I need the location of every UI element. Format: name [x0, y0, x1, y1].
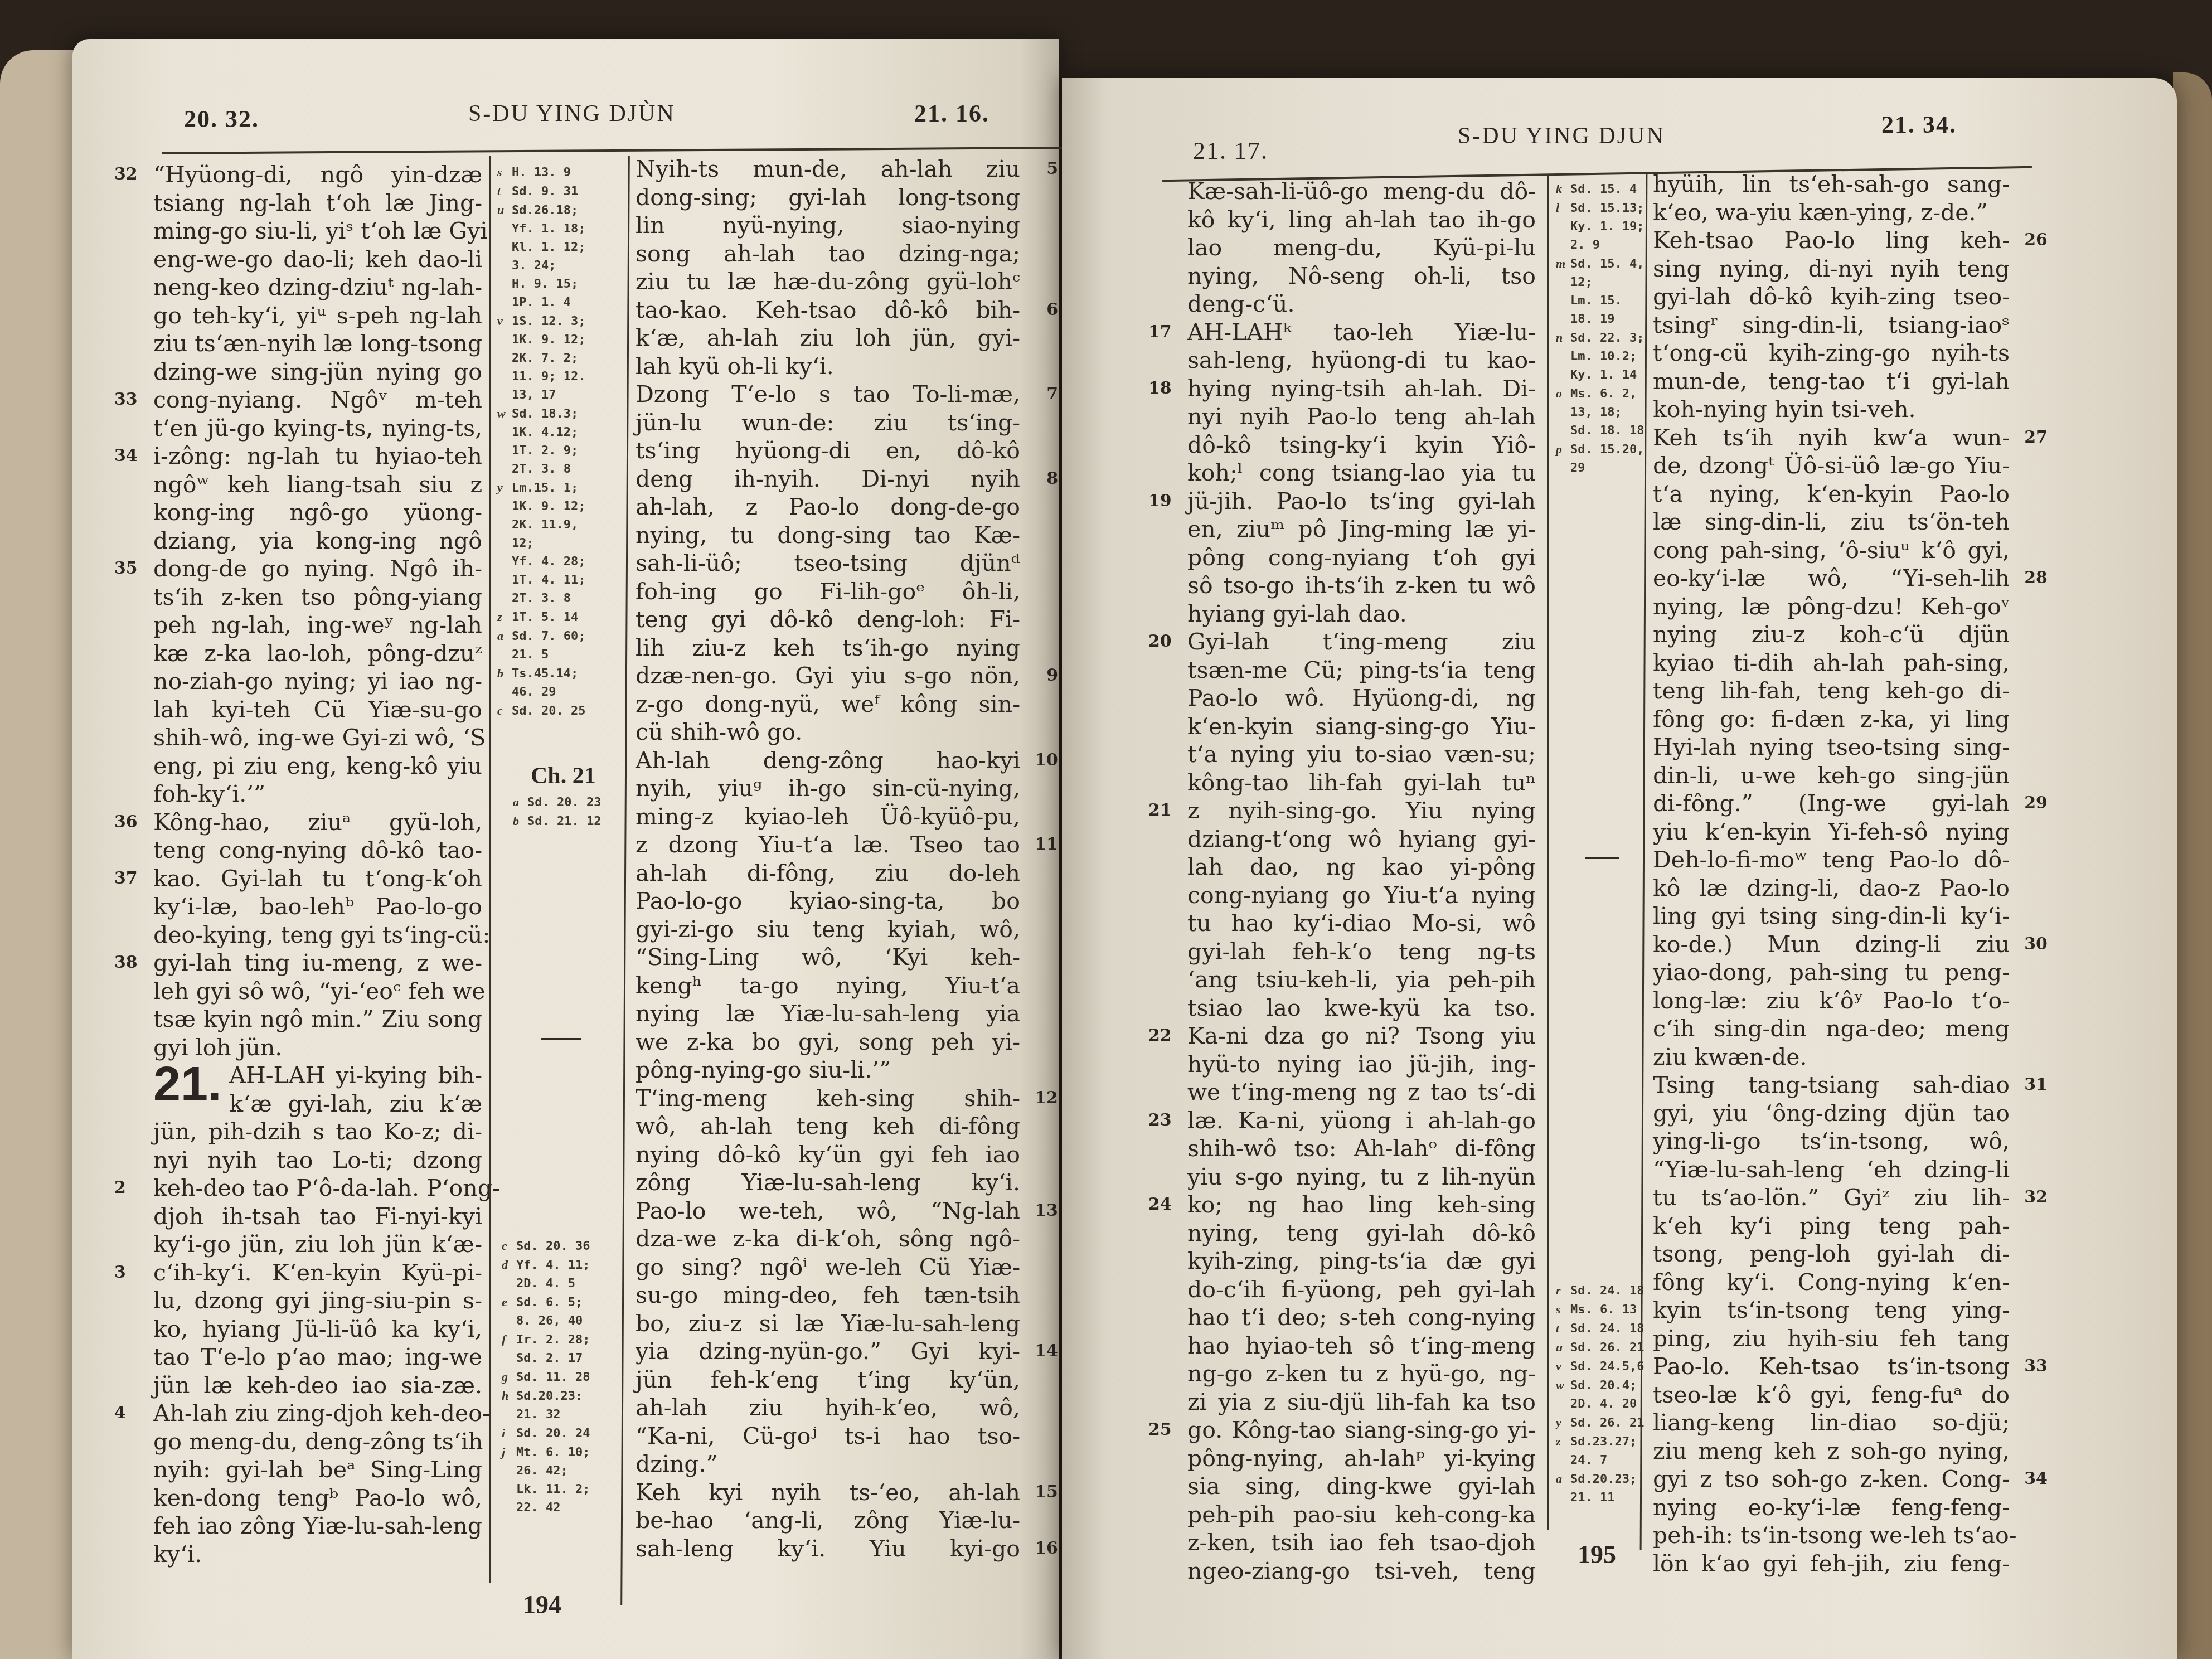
- cross-reference: 12;: [497, 534, 609, 552]
- cross-reference: 1T. 4. 11;: [497, 571, 609, 589]
- text-line: tsæn-me Cü; ping-ts‘ia teng: [1187, 656, 1536, 685]
- text-line: long-læ: ziu k‘ôʸ Pao-lo t‘o-: [1653, 987, 2010, 1015]
- right-text-column: Nyih-ts mun-de, ah-lah ziu5dong-sing; gy…: [636, 155, 1020, 1563]
- chapter-label: Ch. 21: [531, 763, 596, 789]
- cross-reference: Lk. 11. 2;: [502, 1480, 613, 1498]
- text-line: hao t‘i deo; s-teh cong-nying: [1187, 1303, 1536, 1332]
- verse-number: 15: [1035, 1478, 1058, 1507]
- line-text: kyih-zing, ping-ts‘ia dæ gyi: [1187, 1248, 1536, 1274]
- line-text: dong-de go nying. Ngô ih-: [153, 555, 482, 582]
- line-text: dô-kô tsing-ky‘i kyin Yiô-: [1187, 431, 1536, 458]
- reference-text: Sd. 21. 12: [527, 814, 601, 828]
- line-text: en, ziuᵐ pô Jing-ming læ yi-: [1187, 516, 1536, 542]
- cross-reference: Yf. 1. 18;: [497, 220, 609, 238]
- cross-reference: 24. 7: [1556, 1451, 1651, 1469]
- cross-reference: nSd. 22. 3;: [1556, 328, 1651, 347]
- line-text: yiu s-go nying, tu z lih-nyün: [1187, 1163, 1536, 1190]
- cross-reference: 26. 42;: [502, 1462, 613, 1480]
- text-line: go. Kông-tao siang-sing-go yi-25: [1187, 1416, 1536, 1444]
- reference-text: Ms. 6. 2,: [1570, 387, 1637, 401]
- line-text: ‘ang tsiu-keh-li, yia peh-pih: [1187, 966, 1536, 993]
- line-text: eng, pi ziu eng, keng-kô yiu: [153, 753, 482, 779]
- verse-number: 35: [114, 555, 138, 583]
- reference-text: Yf. 4. 28;: [512, 555, 585, 569]
- line-text: z dzong Yiu-t‘a læ. Tseo tao: [636, 831, 1020, 858]
- text-line: cong-nyiang go Yiu-t‘a nying: [1187, 881, 1536, 910]
- line-text: ng-go z-ken tu z hyü-go, ng-: [1187, 1360, 1536, 1387]
- text-line: lah kyü oh-li ky‘i.: [636, 352, 1020, 381]
- footnote-key: m: [1556, 254, 1570, 273]
- verse-number: 7: [1046, 380, 1058, 409]
- line-text: cong-nyiang go Yiu-t‘a nying: [1187, 882, 1536, 909]
- page-number: 195: [1578, 1540, 1616, 1569]
- line-text: ziu ts‘æn-nyih læ long-tsong: [153, 330, 482, 357]
- reference-text: Sd. 20.4;: [1570, 1379, 1637, 1393]
- footnote-key: v: [497, 312, 512, 330]
- verse-number: 19: [1148, 487, 1172, 516]
- text-line: teng gyi dô-kô deng-loh: Fi-: [636, 605, 1020, 634]
- column-divider: [620, 156, 630, 1605]
- reference-text: Sd. 15. 4,: [1570, 257, 1644, 271]
- line-text: lah dao, ng kao yi-pông: [1187, 853, 1536, 880]
- footnote-key: k: [1556, 180, 1570, 198]
- text-line: gyi z tso soh-go z-ken. Cong-34: [1653, 1465, 2010, 1493]
- line-text: z-ken, tsih iao feh tsao-djoh: [1187, 1529, 1536, 1556]
- reference-text: Sd. 11. 28: [516, 1370, 590, 1384]
- running-head-left-ref: 21. 17.: [1193, 137, 1268, 165]
- line-text: deng-c‘ü.: [1187, 290, 1294, 317]
- line-text: sô tso-go ih-ts‘ih z-ken tu wô: [1187, 572, 1536, 599]
- cross-references-top: kSd. 15. 4lSd. 15.13;Ky. 1. 19;2. 9mSd. …: [1556, 180, 1651, 477]
- line-text: teng lih-fah, teng keh-go di-: [1653, 677, 2010, 704]
- line-text: jü-jih. Pao-lo ts‘ing gyi-lah: [1187, 488, 1536, 515]
- text-line: z-go dong-nyü, weᶠ kông sin-: [636, 690, 1020, 719]
- line-text: nying, Nô-seng oh-li, tso: [1187, 263, 1536, 289]
- text-line: no-ziah-go nying; yi iao ng-: [153, 667, 482, 696]
- line-text: sing nying, di-nyi nyih teng: [1653, 255, 2010, 282]
- line-text: jün feh-k‘eng t‘ing ky‘ün,: [636, 1366, 1020, 1393]
- footnote-key: g: [502, 1367, 516, 1386]
- reference-text: 8. 26, 40: [516, 1314, 583, 1328]
- running-head-right-ref: 21. 16.: [914, 99, 989, 128]
- line-text: tseo-læ k‘ô gyi, feng-fuᵃ do: [1653, 1381, 2010, 1408]
- line-text: nying eo-ky‘i-læ feng-feng-: [1653, 1494, 2010, 1521]
- text-line: ko-de.) Mun dzing-li ziu30: [1653, 930, 2010, 959]
- line-text: ming-go siu-li, yiˢ t‘oh læ Gyi: [153, 217, 488, 244]
- line-text: “Yiæ-lu-sah-leng ‘eh dzing-li: [1653, 1156, 2010, 1183]
- chapter-verse-start: 21. 17.: [1193, 137, 1268, 164]
- reference-text: Sd. 15.13;: [1570, 201, 1644, 215]
- section-dash: [541, 1038, 581, 1040]
- cross-reference: eSd. 6. 5;: [502, 1293, 613, 1312]
- cross-reference: Sd. 18. 18: [1556, 421, 1651, 440]
- text-line: foh-ky‘i.’”: [153, 780, 482, 808]
- line-text: dza-we z-ka di-k‘oh, sông ngô-: [636, 1225, 1020, 1252]
- cross-reference: hSd.20.23:: [502, 1386, 613, 1405]
- column-divider: [489, 156, 491, 1583]
- line-text: gyi z tso soh-go z-ken. Cong-: [1653, 1466, 2010, 1492]
- cross-reference: 2D. 4. 20: [1556, 1395, 1651, 1413]
- reference-text: 1K. 9. 12;: [512, 499, 585, 513]
- text-line: liang-keng lin-diao so-djü;: [1653, 1409, 2010, 1437]
- reference-text: Sd. 2. 17: [516, 1351, 583, 1365]
- text-line: sah-leng, hyüong-di tu kao-: [1187, 346, 1536, 375]
- footnote-key: r: [1556, 1281, 1570, 1299]
- text-line: de, dzongᵗ Üô-si-üô læ-go Yiu-: [1653, 452, 2010, 480]
- line-text: lah kyi-teh Cü Yiæ-su-go: [153, 696, 482, 723]
- verse-number: 24: [1148, 1191, 1172, 1219]
- verse-number: 27: [2024, 424, 2048, 452]
- line-text: cü shih-wô go.: [636, 719, 802, 745]
- text-line: dziang, yia kong-ing ngô: [153, 527, 482, 555]
- line-text: gyi-lah ting iu-meng, z we-: [153, 949, 482, 976]
- footnote-key: l: [1556, 198, 1570, 217]
- book-cover-edge-left: [0, 50, 84, 1659]
- text-line: læ sing-din-li, ziu ts‘ön-teh: [1653, 508, 2010, 536]
- text-line: su-go ming-deo, feh tæn-tsih: [636, 1281, 1020, 1309]
- line-text: Kông-hao, ziuᵃ gyü-loh,: [153, 809, 482, 836]
- verse-number: 34: [114, 442, 138, 470]
- cross-reference: Sd. 2. 17: [502, 1349, 613, 1367]
- reference-text: Kl. 1. 12;: [512, 240, 585, 254]
- line-text: gyi-zi-go siu teng kyiah, wô,: [636, 916, 1020, 943]
- line-text: eo-ky‘i-læ wô, “Yi-seh-lih: [1653, 565, 2010, 591]
- text-line: tu ts‘ao-lön.” Gyiᶻ ziu lih-32: [1653, 1183, 2010, 1212]
- cross-reference: kSd. 15. 4: [1556, 180, 1651, 198]
- footnote-key: e: [502, 1293, 516, 1311]
- line-text: dzæ-nen-go. Gyi yiu s-go nön,: [636, 662, 1020, 689]
- cross-reference: mSd. 15. 4,: [1556, 254, 1651, 273]
- text-line: ying-li-go ts‘in-tsong, wô,: [1653, 1127, 2010, 1156]
- line-text: hying nying-tsih ah-lah. Di-: [1187, 375, 1536, 402]
- line-text: ngôʷ keh liang-tsah siu z: [153, 471, 482, 498]
- verse-number: 31: [2024, 1071, 2048, 1099]
- cross-reference: Ky. 1. 14: [1556, 366, 1651, 384]
- cross-reference: jMt. 6. 10;: [502, 1443, 613, 1462]
- text-line: gyi-lah feh-k‘o teng ng-ts: [1187, 938, 1536, 966]
- text-line: lu, dzong gyi jing-siu-pin s-: [153, 1287, 482, 1315]
- line-text: nying ziu-z koh-c‘ü djün: [1653, 621, 2010, 648]
- text-line: z dzong Yiu-t‘a læ. Tseo tao11: [636, 831, 1020, 859]
- line-text: tu hao ky‘i-diao Mo-si, wô: [1187, 910, 1536, 937]
- footnote-key: a: [497, 627, 512, 645]
- text-line: neng-keo dzing-dziuᵗ ng-lah-: [153, 273, 482, 302]
- text-line: ping, ziu hyih-siu feh tang: [1653, 1325, 2010, 1353]
- line-text: nying, tu dong-sing tao Kæ-: [636, 522, 1020, 549]
- line-text: Pao-lo. Keh-tsao ts‘in-tsong: [1653, 1353, 2010, 1380]
- text-line: c‘ih sing-din nga-deo; meng: [1653, 1015, 2010, 1043]
- footnote-key: t: [497, 182, 512, 200]
- text-line: tsiao lao kwe-kyü ka tso.: [1187, 994, 1536, 1022]
- line-text: sah-leng ky‘i. Yiu kyi-go: [636, 1535, 1020, 1562]
- cross-reference: cSd. 20. 25: [497, 701, 609, 720]
- text-line: Pao-lo-go kyiao-sing-ta, bo: [636, 887, 1020, 915]
- reference-text: 46. 29: [512, 685, 556, 699]
- reference-text: Sd. 9. 31: [512, 185, 578, 198]
- text-line: tao T‘e-lo p‘ao mao; ing-we: [153, 1343, 482, 1371]
- reference-text: 2D. 4. 5: [516, 1277, 575, 1291]
- section-dash: [1585, 857, 1619, 859]
- reference-text: Sd.23.27;: [1570, 1435, 1637, 1449]
- reference-text: 18. 19: [1570, 312, 1614, 326]
- text-line: Pao-lo we-teh, wô, “Ng-lah13: [636, 1197, 1020, 1225]
- text-line: Hyi-lah nying tseo-tsing sing-: [1653, 733, 2010, 761]
- verse-number: 32: [114, 161, 138, 189]
- cross-reference: wSd. 20.4;: [1556, 1376, 1651, 1395]
- line-text: dzing.”: [636, 1451, 718, 1477]
- line-text: kengʰ ta-go nying, Yiu-t‘a: [636, 972, 1020, 999]
- cross-reference: Yf. 4. 28;: [497, 552, 609, 571]
- footnote-key: j: [502, 1443, 516, 1461]
- line-text: tsæ kyin ngô min.” Ziu song: [153, 1006, 482, 1032]
- line-text: Kæ-sah-li-üô-go meng-du dô-: [1187, 178, 1536, 205]
- text-line: shih-wô, ing-we Gyi-zi wô, ‘S: [153, 724, 482, 752]
- reference-text: 21. 32: [516, 1408, 560, 1422]
- cross-reference: yLm.15. 1;: [497, 478, 609, 497]
- text-line: ah-lah di-fông, ziu do-leh: [636, 859, 1020, 887]
- line-text: Ah-lah ziu zing-djoh keh-deo-: [153, 1400, 490, 1427]
- text-line: dziang-t‘ong wô hyiang gyi-: [1187, 825, 1536, 853]
- line-text: dziang-t‘ong wô hyiang gyi-: [1187, 826, 1536, 852]
- reference-text: 24. 7: [1570, 1453, 1607, 1467]
- line-text: we t‘ing-meng ng z tao ts‘-di: [1187, 1079, 1536, 1105]
- cross-reference: 21. 11: [1556, 1488, 1651, 1507]
- running-head-left-ref: 20. 32.: [184, 105, 259, 133]
- footnote-key: o: [1556, 384, 1570, 402]
- line-text: ko-de.) Mun dzing-li ziu: [1653, 931, 2010, 958]
- cross-reference: v1S. 12. 3;: [497, 312, 609, 331]
- cross-reference: 1K. 9. 12;: [497, 497, 609, 516]
- reference-text: Lk. 11. 2;: [516, 1482, 590, 1496]
- line-text: feh iao zông Yiæ-lu-sah-leng: [153, 1512, 482, 1539]
- reference-text: Sd. 15. 4: [1570, 182, 1637, 196]
- text-line: dza-we z-ka di-k‘oh, sông ngô-: [636, 1225, 1020, 1253]
- line-text: sah-leng, hyüong-di tu kao-: [1187, 347, 1536, 373]
- footnote-key: a: [513, 793, 527, 811]
- footnote-key: c: [502, 1236, 516, 1255]
- line-text: go. Kông-tao siang-sing-go yi-: [1187, 1417, 1536, 1443]
- text-line: pông-nying, ah-lahᵖ yi-kying: [1187, 1444, 1536, 1473]
- reference-text: 13, 17: [512, 388, 556, 402]
- reference-text: 13, 18;: [1570, 405, 1622, 419]
- text-line: læ. Ka-ni, yüong i ah-lah-go23: [1187, 1107, 1536, 1135]
- line-text: fông go: fi-dæn z-ka, yi ling: [1653, 706, 2010, 733]
- reference-text: Yf. 1. 18;: [512, 222, 585, 236]
- text-line: “Sing-Ling wô, ‘Kyi keh-: [636, 943, 1020, 972]
- text-line: ko; ng hao ling keh-sing24: [1187, 1191, 1536, 1219]
- reference-text: 1T. 4. 11;: [512, 573, 585, 587]
- text-line: i-zông: ng-lah tu hyiao-teh34: [153, 442, 482, 470]
- text-line: z-ken, tsih iao feh tsao-djoh: [1187, 1529, 1536, 1557]
- verse-number: 18: [1148, 375, 1172, 403]
- line-text: tsiao lao kwe-kyü ka tso.: [1187, 995, 1536, 1021]
- line-text: peh-ih: ts‘in-tsong we-leh ts‘ao-: [1653, 1522, 2017, 1549]
- text-line: Ah-lah ziu zing-djoh keh-deo-4: [153, 1399, 482, 1428]
- line-text: kong-ing ngô-go yüong-: [153, 499, 482, 526]
- text-line: ming-go siu-li, yiˢ t‘oh læ Gyi: [153, 217, 482, 245]
- cross-reference: 22. 42: [502, 1498, 613, 1517]
- text-line: k‘eh ky‘i ping teng pah-: [1653, 1212, 2010, 1240]
- text-line: nying ziu-z koh-c‘ü djün: [1653, 620, 2010, 649]
- book-cover-edge-right: [2173, 72, 2212, 1659]
- line-text: ko; ng hao ling keh-sing: [1187, 1191, 1536, 1218]
- line-text: keh-deo tao P‘ô-da-lah. P‘ong-: [153, 1175, 500, 1201]
- left-page: 20. 32. S-DU YING DJÙN 21. 16. “Hyüong-d…: [72, 39, 1059, 1659]
- cross-reference: 1P. 1. 4: [497, 293, 609, 312]
- line-text: lih ziu-z keh ts‘ih-go nying: [636, 634, 1020, 661]
- cross-reference: tSd. 9. 31: [497, 182, 609, 201]
- cross-reference: pSd. 15.20,: [1556, 440, 1651, 459]
- reference-text: Sd. 18.3;: [512, 407, 578, 421]
- text-line: dong-sing; gyi-lah long-tsong: [636, 183, 1020, 212]
- text-line: yiao-dong, pah-sing tu peng-: [1653, 958, 2010, 987]
- cross-reference: sH. 13. 9: [497, 163, 609, 182]
- verse-number: 36: [114, 808, 138, 837]
- cross-reference: iSd. 20. 24: [502, 1424, 613, 1443]
- line-text: i-zông: ng-lah tu hyiao-teh: [153, 443, 482, 469]
- cross-reference: dYf. 4. 11;: [502, 1255, 613, 1274]
- verse-number: 38: [114, 949, 138, 977]
- text-line: djoh ih-tsah tao Fi-nyi-kyi: [153, 1202, 482, 1231]
- cross-reference: Ky. 1. 19;: [1556, 217, 1651, 236]
- cross-reference: uSd. 26. 21: [1556, 1338, 1651, 1357]
- line-text: ts‘ih z-ken tso pông-yiang: [153, 584, 482, 610]
- text-line: ky‘i-læ, bao-lehᵇ Pao-lo-go: [153, 892, 482, 921]
- line-text: z-go dong-nyü, weᶠ kông sin-: [636, 691, 1020, 717]
- line-text: pông cong-nyiang t‘oh gyi: [1187, 544, 1536, 571]
- text-line: kao. Gyi-lah tu t‘ong-k‘oh37: [153, 865, 482, 893]
- footnote-key: t: [1556, 1319, 1570, 1337]
- verse-number: 13: [1035, 1197, 1058, 1225]
- footnote-key: s: [1556, 1300, 1570, 1318]
- text-line: be-hao ‘ang-li, zông Yiæ-lu-: [636, 1506, 1020, 1535]
- line-text: peh ng-lah, ing-weʸ ng-lah: [153, 612, 482, 638]
- line-text: do-c‘ih fi-yüong, peh gyi-lah: [1187, 1276, 1536, 1303]
- line-text: foh-ky‘i.’”: [153, 780, 265, 807]
- text-line: keh-deo tao P‘ô-da-lah. P‘ong-2: [153, 1174, 482, 1202]
- line-text: yiu k‘en-kyin Yi-feh-sô nying: [1653, 818, 2010, 845]
- line-text: k‘æ gyi-lah, ziu k‘æ: [229, 1090, 482, 1117]
- open-book-spread: 20. 32. S-DU YING DJÙN 21. 16. “Hyüong-d…: [0, 0, 2212, 1659]
- cross-reference: 2. 9: [1556, 236, 1651, 254]
- reference-text: Sd. 20. 24: [516, 1427, 590, 1440]
- line-text: ah-lah di-fông, ziu do-leh: [636, 860, 1020, 886]
- line-text: k‘en-kyin siang-sing-go Yiu-: [1187, 713, 1536, 740]
- cross-reference: 21. 5: [497, 646, 609, 664]
- line-text: k‘eh ky‘i ping teng pah-: [1653, 1212, 2010, 1239]
- text-line: Keh ts‘ih nyih kw‘a wun-27: [1653, 424, 2010, 452]
- left-text-column: “Hyüong-di, ngô yin-dzæ32tsiang ng-lah t…: [153, 161, 482, 1568]
- text-line: kô læ dzing-li, dao-z Pao-lo: [1653, 874, 2010, 903]
- line-text: gyi-lah feh-k‘o teng ng-ts: [1187, 938, 1536, 965]
- line-text: ziu tu læ hæ-du-zông gyü-lohᶜ: [636, 268, 1020, 295]
- reference-text: 2K. 11.9,: [512, 518, 578, 532]
- reference-text: Ts.45.14;: [512, 667, 578, 681]
- text-line: ah-lah ziu hyih-k‘eo, wô,: [636, 1394, 1020, 1422]
- book-title: S-DU YING DJUN: [1458, 123, 1665, 149]
- text-line: nying, læ pông-dzu! Keh-goᵛ: [1653, 593, 2010, 621]
- text-line: deng ih-nyih. Di-nyi nyih8: [636, 465, 1020, 493]
- cross-reference: 8. 26, 40: [502, 1312, 613, 1330]
- text-line: nyih, yiuᵍ ih-go sin-cü-nying,: [636, 774, 1020, 803]
- text-line: kông-tao lih-fah gyi-lah tuⁿ: [1187, 769, 1536, 797]
- line-text: deng ih-nyih. Di-nyi nyih: [636, 465, 1020, 492]
- reference-text: Sd. 24. 18: [1570, 1322, 1644, 1336]
- text-line: tsingʳ sing-din-li, tsiang-iaoˢ: [1653, 311, 2010, 339]
- cross-references-bottom: cSd. 20. 36dYf. 4. 11;2D. 4. 5eSd. 6. 5;…: [502, 1236, 613, 1517]
- line-text: nyi nyih Pao-lo teng ah-lah: [1187, 403, 1536, 430]
- line-text: z nyih-sing-go. Yiu nying: [1187, 797, 1536, 824]
- cross-reference: cSd. 20. 36: [502, 1236, 613, 1255]
- cross-reference: 2D. 4. 5: [502, 1274, 613, 1293]
- line-text: Keh-tsao Pao-lo ling keh-: [1653, 227, 2010, 254]
- line-text: hao t‘i deo; s-teh cong-nying: [1187, 1304, 1536, 1331]
- line-text: djoh ih-tsah tao Fi-nyi-kyi: [153, 1203, 482, 1230]
- reference-text: 12;: [1570, 275, 1593, 289]
- line-text: ko, hyiang Jü-li-üô ka ky‘i,: [153, 1316, 482, 1342]
- cross-reference: bTs.45.14;: [497, 664, 609, 683]
- line-text: Gyi-lah t‘ing-meng ziu: [1187, 628, 1536, 655]
- text-line: ko, hyiang Jü-li-üô ka ky‘i,: [153, 1315, 482, 1343]
- line-text: “Hyüong-di, ngô yin-dzæ: [153, 161, 482, 188]
- verse-number: 29: [2024, 789, 2048, 818]
- line-text: wô, ah-lah teng keh di-fông: [636, 1113, 1020, 1139]
- text-line: jün-lu wun-de: ziu ts‘ing-: [636, 409, 1020, 437]
- text-line: ng-go z-ken tu z hyü-go, ng-: [1187, 1360, 1536, 1388]
- footnote-key: u: [497, 201, 512, 219]
- cross-reference: oMs. 6. 2,: [1556, 384, 1651, 403]
- verse-number: 23: [1148, 1107, 1172, 1135]
- text-line: lön k‘ao gyi feh-jih, ziu feng-: [1653, 1550, 2010, 1578]
- text-line: ziu tu læ hæ-du-zông gyü-lohᶜ: [636, 268, 1020, 296]
- line-text: Nyih-ts mun-de, ah-lah ziu: [636, 156, 1020, 182]
- text-line: Keh-tsao Pao-lo ling keh-26: [1653, 226, 2010, 255]
- reference-text: 1S. 12. 3;: [512, 314, 585, 328]
- line-text: no-ziah-go nying; yi iao ng-: [153, 668, 482, 695]
- text-line: ky‘i-go jün, ziu loh jün k‘æ-: [153, 1230, 482, 1259]
- reference-text: 12;: [512, 536, 534, 550]
- footnote-key: v: [1556, 1357, 1570, 1375]
- running-head-right-ref: 21. 34.: [1881, 110, 1957, 139]
- line-text: t‘a nying yiu to-siao væn-su;: [1187, 741, 1536, 768]
- line-text: Deh-lo-fi-moʷ teng Pao-lo dô-: [1653, 846, 2010, 873]
- cross-reference: Lm. 15.: [1556, 292, 1651, 310]
- line-text: mun-de, teng-tao t‘i gyi-lah: [1653, 368, 2010, 395]
- text-line: ming-z kyiao-leh Üô-kyüô-pu,: [636, 803, 1020, 831]
- verse-number: 9: [1046, 662, 1058, 690]
- reference-text: 2T. 3. 8: [512, 462, 571, 476]
- text-line: tsiang ng-lah t‘oh læ Jing-: [153, 189, 482, 217]
- reference-text: Yf. 4. 11;: [516, 1258, 590, 1272]
- text-line: kyiao ti-dih ah-lah pah-sing,: [1653, 649, 2010, 677]
- text-line: ky‘i.: [153, 1540, 482, 1569]
- verse-number: 33: [114, 386, 138, 414]
- line-text: ping, ziu hyih-siu feh tang: [1653, 1325, 2010, 1352]
- text-line: eng, pi ziu eng, keng-kô yiu: [153, 752, 482, 780]
- text-line: en, ziuᵐ pô Jing-ming læ yi-: [1187, 515, 1536, 544]
- footnote-key: z: [497, 608, 512, 626]
- text-line: zi yia z siu-djü lih-fah ka tso: [1187, 1388, 1536, 1417]
- verse-number: 22: [1148, 1022, 1172, 1050]
- cross-reference: aSd.20.23;: [1556, 1469, 1651, 1488]
- left-text-column: Kæ-sah-li-üô-go meng-du dô-kô ky‘i, ling…: [1187, 177, 1536, 1585]
- line-text: koh-nying hyin tsi-veh.: [1653, 396, 1916, 423]
- text-line: kyin ts‘in-tsong teng ying-: [1653, 1296, 2010, 1325]
- line-text: lin nyü-nying, siao-nying: [636, 212, 1020, 239]
- verse-number: 14: [1035, 1337, 1058, 1366]
- cross-reference: 18. 19: [1556, 310, 1651, 328]
- text-line: t‘a nying yiu to-siao væn-su;: [1187, 740, 1536, 769]
